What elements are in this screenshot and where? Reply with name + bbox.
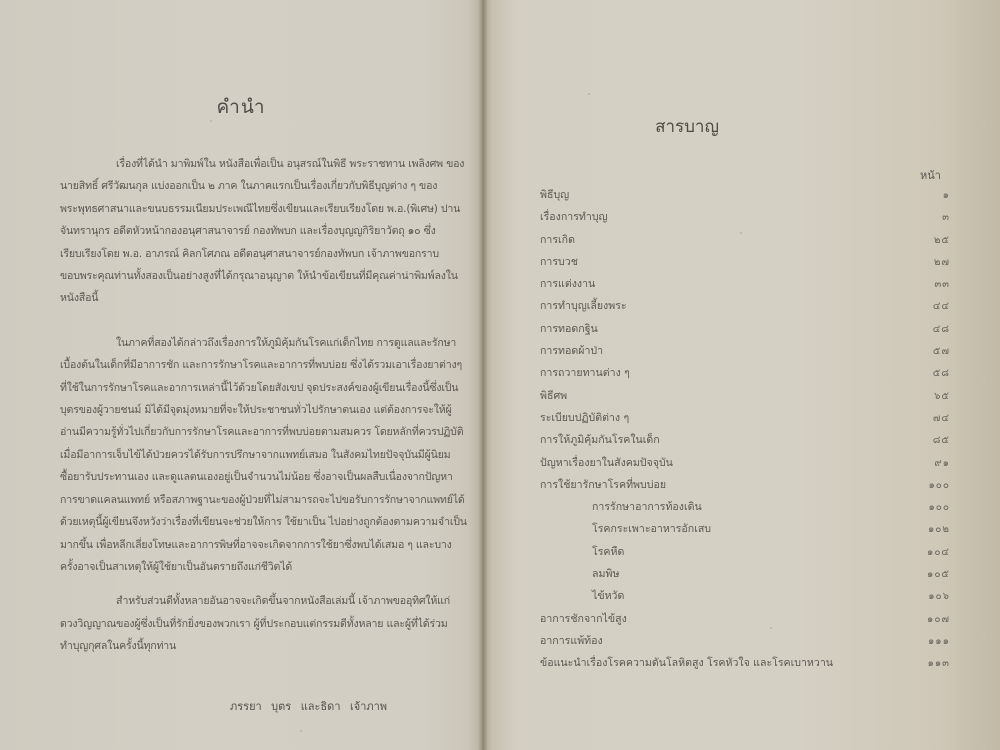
toc-entry-page: ๕๘ <box>910 366 950 381</box>
text-line: เบื้องต้นในเด็กที่มีอาการชัก และการรักษา… <box>60 354 476 376</box>
text-line: สำหรับส่วนดีทั้งหลายอันอาจจะเกิดขึ้นจากห… <box>60 590 476 612</box>
text-line: หนังสือนี้ <box>60 287 476 309</box>
paper-speck <box>770 627 772 629</box>
left-page-foreword: คำนำ เรื่องที่ได้นำ มาพิมพ์ใน หนังสือเพื… <box>0 0 482 750</box>
paragraph-spacer <box>60 578 476 590</box>
text-line: ครั้งอาจเป็นสาเหตุให้ผู้ใช้ยาเป็นอันตราย… <box>60 556 476 578</box>
text-line: บุตรของผู้วายชนม์ มิได้มีจุดมุ่งหมายที่จ… <box>60 399 476 421</box>
toc-entry-page: ๑๐๒ <box>910 522 950 537</box>
text-line: ดวงวิญญาณของผู้ซึ่งเป็นที่รักยิ่งของพวกเ… <box>60 613 476 635</box>
toc-entry-page: ๔๔ <box>910 299 950 314</box>
toc-entry: การใช้ยารักษาโรคที่พบบ่อย๑๐๐ <box>540 476 950 498</box>
toc-entry-label: การให้ภูมิคุ้มกันโรคในเด็ก <box>540 431 660 448</box>
toc-entry-label: ลมพิษ <box>540 565 619 582</box>
toc-page-column-header: หน้า <box>920 166 941 184</box>
toc-entry: ปัญหาเรื่องยาในสังคมปัจจุบัน๙๑ <box>540 454 950 476</box>
book-gutter <box>478 0 488 750</box>
toc-entry-label: โรคกระเพาะอาหารอักเสบ <box>540 520 711 537</box>
toc-subentry: ไข้หวัด๑๐๖ <box>540 587 950 609</box>
toc-entry-label: ระเบียบปฏิบัติต่าง ๆ <box>540 409 629 426</box>
paper-speck <box>210 120 212 122</box>
toc-entry-label: อาการแพ้ท้อง <box>540 632 603 649</box>
toc-entry: การทอดผ้าป่า๕๗ <box>540 342 950 364</box>
toc-entry: การทำบุญเลี้ยงพระ๔๔ <box>540 297 950 319</box>
toc-entry-page: ๘๕ <box>910 433 950 448</box>
toc-entry-label: การรักษาอาการท้องเดิน <box>540 498 702 515</box>
text-line: เมื่อมีอาการเจ็บไข้ได้ป่วยควรได้รับการปร… <box>60 444 476 466</box>
toc-entry-page: ๑ <box>910 188 950 203</box>
toc-entry-page: ๑๐๐ <box>910 478 950 493</box>
toc-entry-label: การทำบุญเลี้ยงพระ <box>540 297 627 314</box>
toc-title: สารบาญ <box>482 113 892 140</box>
toc-entry-label: พิธีศพ <box>540 387 567 404</box>
toc-entry-page: ๑๐๖ <box>910 589 950 604</box>
toc-entry: ระเบียบปฏิบัติต่าง ๆ๗๔ <box>540 409 950 431</box>
toc-entry-label: โรคหืด <box>540 543 624 560</box>
text-line: จันทรานุกร อดีตหัวหน้ากองอนุศาสนาจารย์ ก… <box>60 220 476 242</box>
paragraph-spacer <box>60 310 476 332</box>
toc-entry-page: ๒๗ <box>910 255 950 270</box>
toc-entry: พิธีบุญ๑ <box>540 186 950 208</box>
toc-entry: การทอดกฐิน๔๘ <box>540 320 950 342</box>
foreword-paragraph-3: สำหรับส่วนดีทั้งหลายอันอาจจะเกิดขึ้นจากห… <box>60 590 476 657</box>
toc-entry-label: การบวช <box>540 253 578 270</box>
text-line: ด้วยเหตุนี้ผู้เขียนจึงหวังว่าเรื่องที่เข… <box>60 511 476 533</box>
paper-speck <box>740 232 742 234</box>
toc-entry-label: เรื่องการทำบุญ <box>540 208 608 225</box>
toc-subentry: ลมพิษ๑๐๕ <box>540 565 950 587</box>
toc-entry: อาการแพ้ท้อง๑๑๑ <box>540 632 950 654</box>
toc-entry-page: ๒๕ <box>910 233 950 248</box>
text-line: เรียบเรียงโดย พ.อ. อาภรณ์ คิลกโศภณ อดีตอ… <box>60 243 476 265</box>
toc-entry-page: ๙๑ <box>910 456 950 471</box>
toc-entry-page: ๓ <box>910 210 950 225</box>
toc-entry-label: การทอดผ้าป่า <box>540 342 603 359</box>
toc-entry-label: พิธีบุญ <box>540 186 569 203</box>
toc-list: พิธีบุญ๑ เรื่องการทำบุญ๓ การเกิด๒๕ การบว… <box>540 186 950 677</box>
foreword-signature: ภรรยา บุตร และธิดา เจ้าภาพ <box>230 697 387 715</box>
toc-entry-page: ๔๘ <box>910 322 950 337</box>
toc-entry-page: ๑๑๑ <box>910 634 950 649</box>
foreword-body: เรื่องที่ได้นำ มาพิมพ์ใน หนังสือเพื่อเป็… <box>60 153 476 658</box>
foreword-title: คำนำ <box>0 92 482 122</box>
toc-entry-label: การถวายทานต่าง ๆ <box>540 364 630 381</box>
toc-entry: การแต่งงาน๓๓ <box>540 275 950 297</box>
foreword-paragraph-2: ในภาคที่สองได้กล่าวถึงเรื่องการให้ภูมิคุ… <box>60 332 476 578</box>
toc-entry-page: ๑๐๐ <box>910 500 950 515</box>
text-line: ขอบพระคุณท่านทั้งสองเป็นอย่างสูงที่ได้กร… <box>60 265 476 287</box>
toc-entry-label: อาการชักจากไข้สูง <box>540 610 627 627</box>
toc-entry-page: ๑๐๔ <box>910 545 950 560</box>
text-line: พระพุทธศาสนาและขนบธรรมเนียมประเพณีไทยซึ่… <box>60 198 476 220</box>
toc-entry: ข้อแนะนำเรื่องโรคความดันโลหิตสูง โรคหัวใ… <box>540 654 950 676</box>
toc-entry-label: การแต่งงาน <box>540 275 595 292</box>
text-line: ทำบุญกุศลในครั้งนี้ทุกท่าน <box>60 635 476 657</box>
toc-entry-page: ๖๕ <box>910 389 950 404</box>
toc-entry: การถวายทานต่าง ๆ๕๘ <box>540 364 950 386</box>
toc-entry: เรื่องการทำบุญ๓ <box>540 208 950 230</box>
text-line: ในภาคที่สองได้กล่าวถึงเรื่องการให้ภูมิคุ… <box>60 332 476 354</box>
text-line: ซื้อยารับประทานเอง และดูแลตนเองอยู่เป็นจ… <box>60 466 476 488</box>
toc-entry-label: ปัญหาเรื่องยาในสังคมปัจจุบัน <box>540 454 673 471</box>
text-line: อ่านมีความรู้ทั่วไปเกี่ยวกับการรักษาโรคแ… <box>60 421 476 443</box>
toc-entry: การให้ภูมิคุ้มกันโรคในเด็ก๘๕ <box>540 431 950 453</box>
toc-entry-label: ข้อแนะนำเรื่องโรคความดันโลหิตสูง โรคหัวใ… <box>540 654 833 671</box>
toc-entry-page: ๗๔ <box>910 411 950 426</box>
paper-speck <box>588 93 590 95</box>
toc-entry-label: ไข้หวัด <box>540 587 624 604</box>
toc-entry-page: ๑๐๕ <box>910 567 950 582</box>
text-line: ที่ใช้ในการรักษาโรคและอาการเหล่านี้ไว้ด้… <box>60 377 476 399</box>
toc-subentry: การรักษาอาการท้องเดิน๑๐๐ <box>540 498 950 520</box>
text-line: นายสิทธิ์ ศรีวัฒนกุล แบ่งออกเป็น ๒ ภาค ใ… <box>60 175 476 197</box>
text-line: มากขึ้น เพื่อหลีกเลี่ยงโทษและอาการพิษที่… <box>60 534 476 556</box>
foreword-paragraph-1: เรื่องที่ได้นำ มาพิมพ์ใน หนังสือเพื่อเป็… <box>60 153 476 310</box>
toc-entry: การเกิด๒๕ <box>540 231 950 253</box>
text-line: การขาดแคลนแพทย์ หรือสภาพฐานะของผู้ป่วยที… <box>60 489 476 511</box>
toc-entry-page: ๓๓ <box>910 277 950 292</box>
paper-speck <box>300 730 302 732</box>
toc-entry: พิธีศพ๖๕ <box>540 387 950 409</box>
toc-entry: การบวช๒๗ <box>540 253 950 275</box>
toc-entry-page: ๑๑๓ <box>910 656 950 671</box>
toc-entry-label: การใช้ยารักษาโรคที่พบบ่อย <box>540 476 666 493</box>
toc-entry-page: ๕๗ <box>910 344 950 359</box>
book-spread: คำนำ เรื่องที่ได้นำ มาพิมพ์ใน หนังสือเพื… <box>0 0 1000 750</box>
toc-entry-page: ๑๐๗ <box>910 612 950 627</box>
text-line: เรื่องที่ได้นำ มาพิมพ์ใน หนังสือเพื่อเป็… <box>60 153 476 175</box>
toc-subentry: โรคหืด๑๐๔ <box>540 543 950 565</box>
toc-entry-label: การทอดกฐิน <box>540 320 598 337</box>
toc-entry-label: การเกิด <box>540 231 575 248</box>
toc-subentry: โรคกระเพาะอาหารอักเสบ๑๐๒ <box>540 520 950 542</box>
toc-entry: อาการชักจากไข้สูง๑๐๗ <box>540 610 950 632</box>
